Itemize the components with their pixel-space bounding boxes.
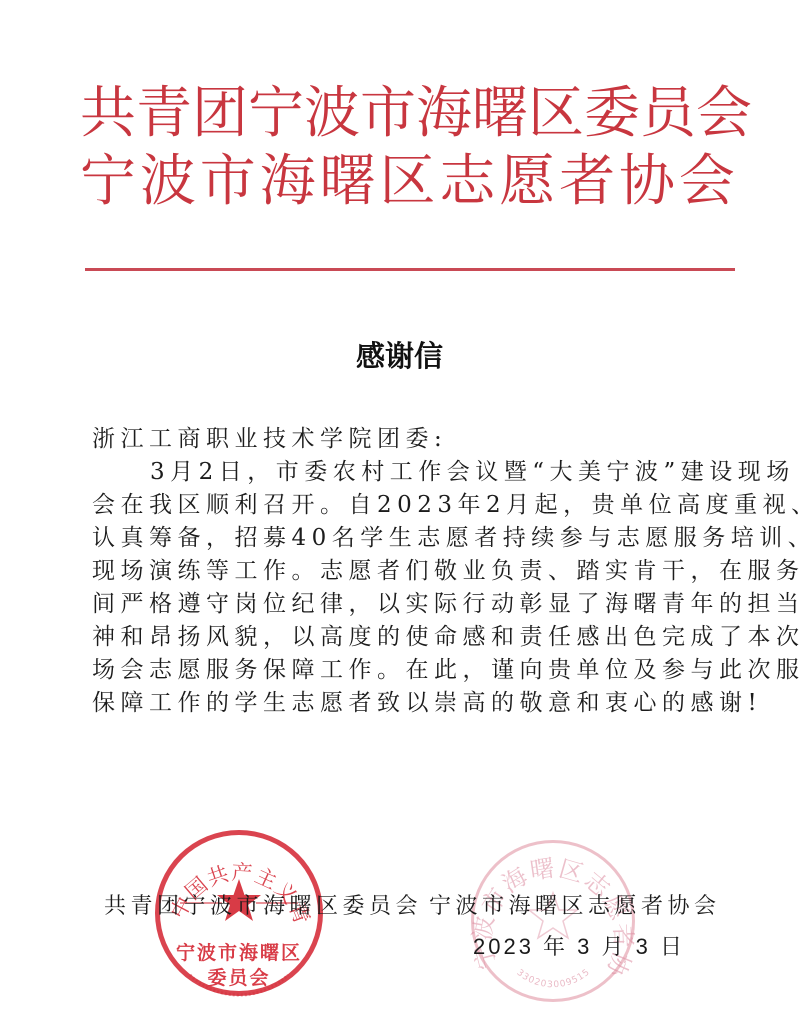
salutation: 浙江工商职业技术学院团委: xyxy=(92,423,717,456)
body-line: 场会志愿服务保障工作。在此，谨向贵单位及参与此次服务 xyxy=(92,654,717,687)
body-line: 3月2日，市委农村工作会议暨“大美宁波”建设现场 xyxy=(92,456,717,489)
signature-volunteer-association: 宁波市海曙区志愿者协会 xyxy=(429,889,721,920)
letterhead-divider xyxy=(85,268,735,271)
document-title: 感谢信 xyxy=(0,334,799,375)
signature-date: 2023 年 3 月 3 日 xyxy=(473,930,685,961)
letter-body: 浙江工商职业技术学院团委: 3月2日，市委农村工作会议暨“大美宁波”建设现场 会… xyxy=(92,423,717,720)
body-line: 会在我区顺利召开。自2023年2月起，贵单位高度重视、 xyxy=(92,489,717,522)
body-line: 间严格遵守岗位纪律，以实际行动彰显了海曙青年的担当精 xyxy=(92,588,717,621)
seal-center-line-1: 宁波市海曙区 xyxy=(160,938,318,965)
body-line: 神和昂扬风貌，以高度的使命感和责任感出色完成了本次现 xyxy=(92,621,717,654)
volunteer-association-seal: 宁波市海曙区志愿者协会 3302030095159 xyxy=(471,840,635,1002)
body-line: 认真筹备，招募40名学生志愿者持续参与志愿服务培训、 xyxy=(92,522,717,555)
body-line: 保障工作的学生志愿者致以崇高的敬意和衷心的感谢! xyxy=(92,687,717,720)
letterhead: 共青团宁波市海曙区委员会 宁波市海曙区志愿者协会 xyxy=(80,80,735,216)
seal-arc-text-icon: 宁波市海曙区志愿者协会 3302030095159 xyxy=(474,843,632,999)
letterhead-line-1: 共青团宁波市海曙区委员会 xyxy=(80,80,735,148)
letterhead-line-2: 宁波市海曙区志愿者协会 xyxy=(80,148,735,216)
body-line: 现场演练等工作。志愿者们敬业负责、踏实肯干，在服务期 xyxy=(92,555,717,588)
signature-youth-league: 共青团宁波市海曙区委员会 xyxy=(104,889,422,920)
seal-center-line-2: 委员会 xyxy=(160,963,318,990)
